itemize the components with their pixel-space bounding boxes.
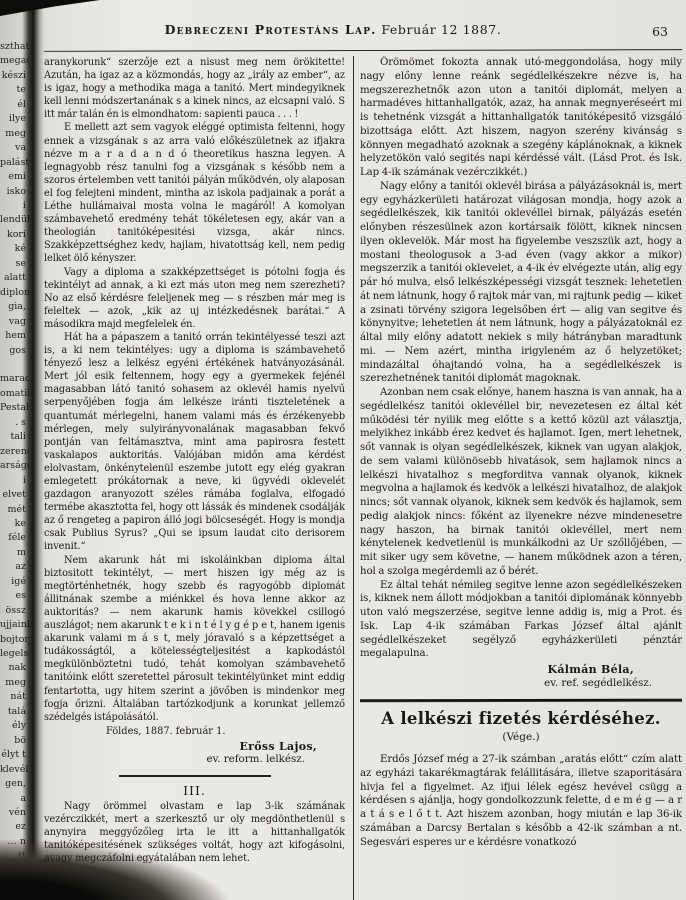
paragraph: Azonban nem csak előnye, hanem haszna is… <box>360 386 682 579</box>
signature-title: ev. reform. lelkész. <box>44 753 345 766</box>
dateline: Földes, 1887. február 1. <box>44 725 345 738</box>
paragraph: aranykorunk“ szerzője ezt a nisust meg n… <box>44 56 345 121</box>
masthead-line: Debreczeni Protestáns Lap. Február 12 18… <box>44 22 622 37</box>
facing-page-text-fragments: szthatat megadn készi te él ilye meg va … <box>0 0 29 900</box>
paragraph: Nagy örömmel olvastam e lap 3-ik számána… <box>44 800 345 865</box>
right-column: Örömömet fokozta annak utó-meggondolása,… <box>360 56 682 900</box>
signature-title: ev. ref. segédlelkész. <box>360 677 682 691</box>
masthead-title: Debreczeni Protestáns Lap. <box>165 22 377 37</box>
page-number: 63 <box>652 24 668 39</box>
paragraph: Vagy a diploma a szakképzettséget is pót… <box>44 266 345 331</box>
left-column: aranykorunk“ szerzője ezt a nisust meg n… <box>44 56 345 900</box>
column-divider-rule <box>353 56 354 900</box>
paragraph: Nem akarunk hát mi iskoláinkban diploma … <box>44 554 345 724</box>
paragraph: Nagy előny a tanitói oklevél birása a pá… <box>360 180 682 386</box>
article-subtitle: (Vége.) <box>360 731 682 745</box>
paragraph: Hát ha a pápaszem a tanitó orrán tekinté… <box>44 331 345 554</box>
section-divider-rule <box>119 775 271 777</box>
text-columns: aranykorunk“ szerzője ezt a nisust meg n… <box>44 56 682 900</box>
paragraph: Erdős József még a 27-ik számban „aratás… <box>360 753 682 849</box>
article-title: A lelkészi fizetés kérdéséhez. <box>360 712 682 726</box>
issue-date: Február 12 1887. <box>381 22 501 37</box>
signature-name: Kálmán Béla, <box>360 663 682 677</box>
paragraph: E mellett azt sem vagyok eléggé optimist… <box>44 121 345 265</box>
section-heading: III. <box>44 784 345 797</box>
header-rule <box>44 49 682 52</box>
paragraph: Ez által tehát némileg segitve lenne azo… <box>360 579 682 662</box>
running-header: Debreczeni Protestáns Lap. Február 12 18… <box>44 22 682 46</box>
printed-page: Debreczeni Protestáns Lap. Február 12 18… <box>44 22 682 900</box>
signature-name: Erőss Lajos, <box>44 740 345 753</box>
paragraph: Örömömet fokozta annak utó-meggondolása,… <box>360 56 682 180</box>
article-divider-rule <box>360 698 682 702</box>
scanned-newspaper-page: szthatat megadn készi te él ilye meg va … <box>0 0 686 900</box>
